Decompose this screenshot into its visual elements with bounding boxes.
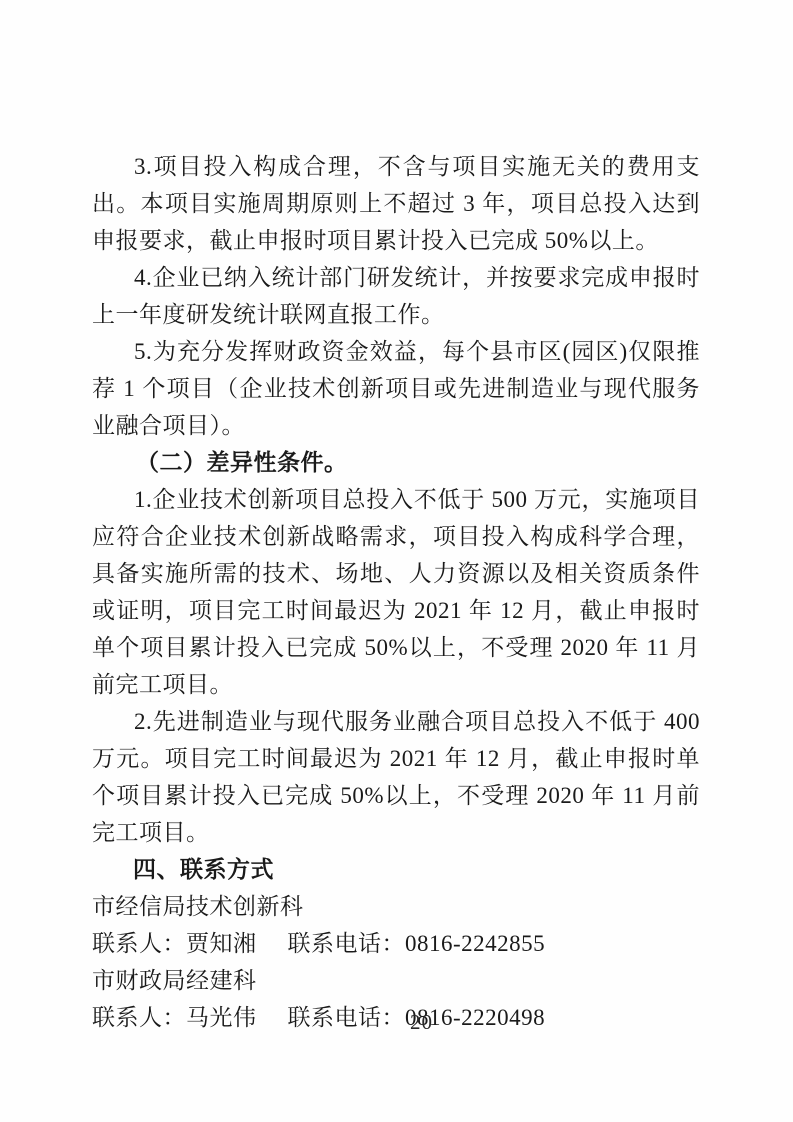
paragraph-condition-4: 4.企业已纳入统计部门研发统计，并按要求完成申报时上一年度研发统计联网直报工作。 — [92, 259, 700, 333]
contact-dept-2: 市财政局经建科 — [92, 962, 700, 999]
page-number: 20 — [0, 1008, 793, 1036]
contact-dept-1: 市经信局技术创新科 — [92, 888, 700, 925]
paragraph-differential-2: 2.先进制造业与现代服务业融合项目总投入不低于 400 万元。项目完工时间最迟为… — [92, 703, 700, 851]
paragraph-differential-1: 1.企业技术创新项目总投入不低于 500 万元，实施项目应符合企业技术创新战略需… — [92, 481, 700, 703]
contact-person-line-1: 联系人：贾知湘联系电话：0816-2242855 — [92, 925, 700, 962]
contact-person-name-1: 贾知湘 — [186, 931, 257, 956]
paragraph-condition-3: 3.项目投入构成合理，不含与项目实施无关的费用支出。本项目实施周期原则上不超过 … — [92, 148, 700, 259]
contact-phone-label-1: 联系电话： — [288, 931, 406, 956]
document-page: 3.项目投入构成合理，不含与项目实施无关的费用支出。本项目实施周期原则上不超过 … — [0, 0, 793, 1122]
heading-differential-conditions: （二）差异性条件。 — [92, 444, 700, 481]
heading-contact-info: 四、联系方式 — [92, 851, 700, 888]
page-content: 3.项目投入构成合理，不含与项目实施无关的费用支出。本项目实施周期原则上不超过 … — [92, 148, 700, 1036]
paragraph-condition-5: 5.为充分发挥财政资金效益，每个县市区(园区)仅限推荐 1 个项目（企业技术创新… — [92, 333, 700, 444]
contact-person-label-1: 联系人： — [92, 931, 186, 956]
contact-phone-number-1: 0816-2242855 — [405, 931, 545, 956]
